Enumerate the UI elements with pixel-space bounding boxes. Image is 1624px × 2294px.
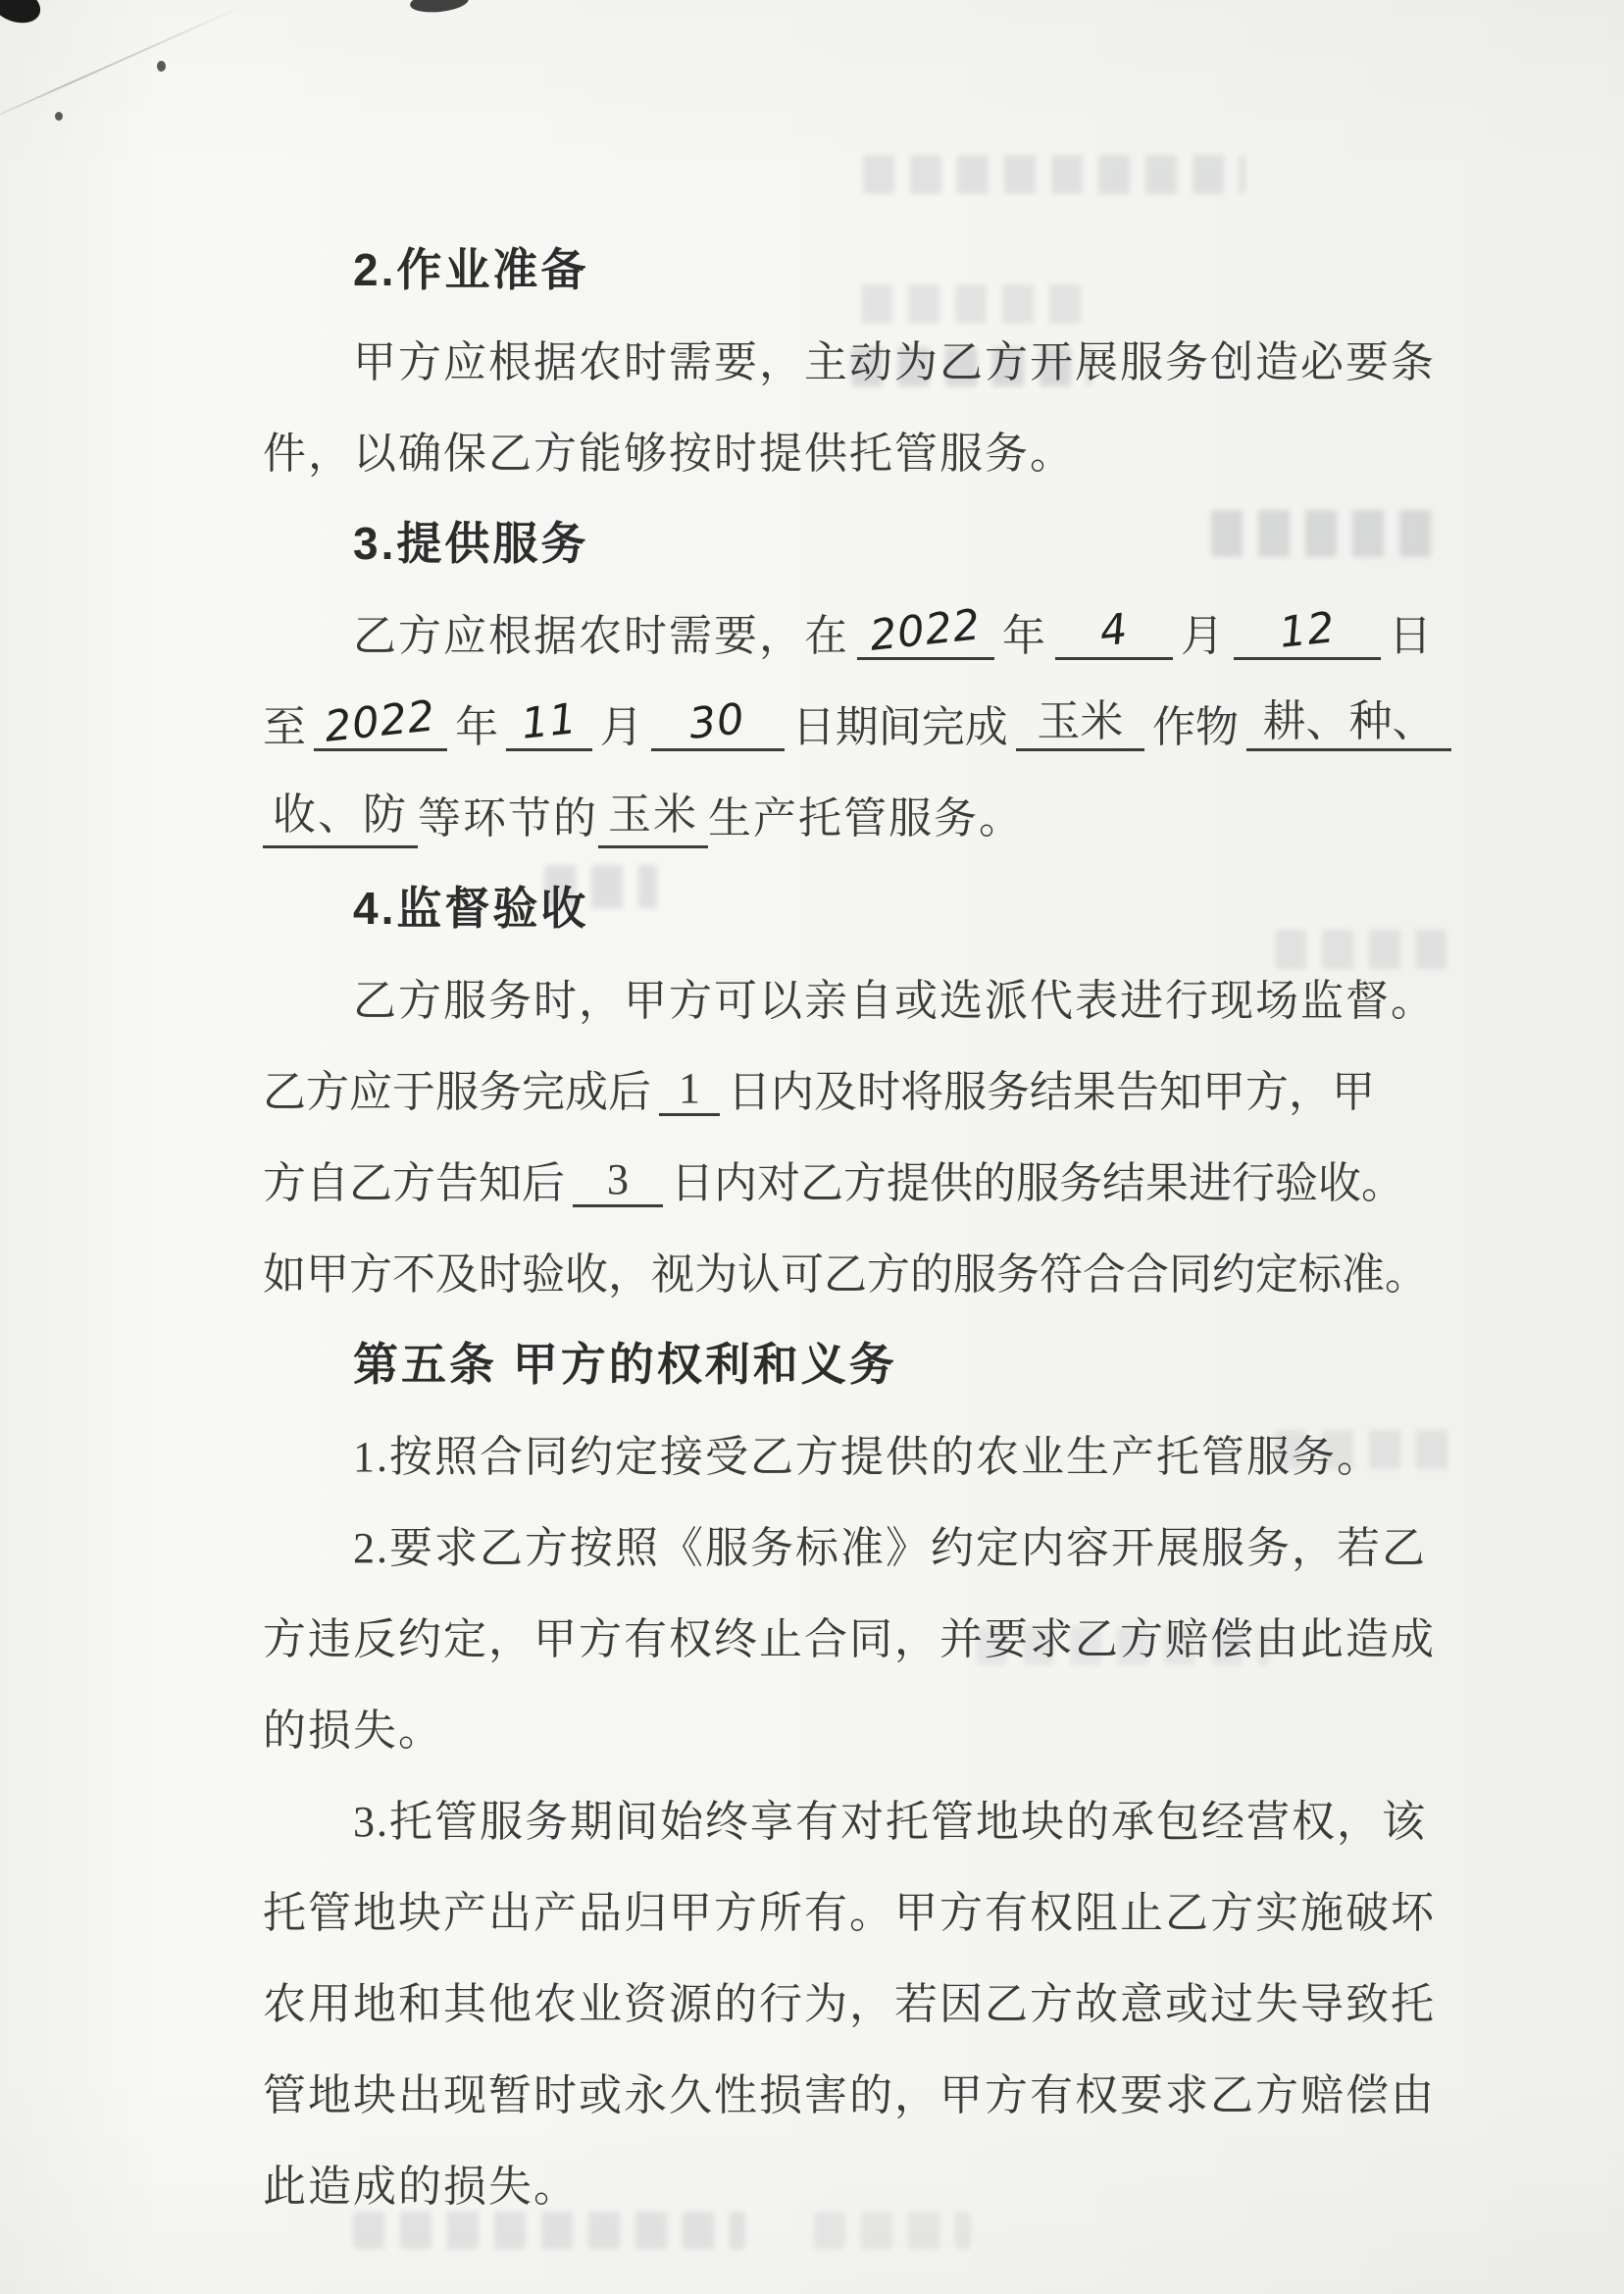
article5-item-3-line: 管地块出现暂时或永久性损害的，甲方有权要求乙方赔偿由 [263,2045,1459,2136]
article5-item-2-line: 2.要求乙方按照《服务标准》约定内容开展服务，若乙 [263,1498,1459,1589]
handwritten-end-day: 30 [687,694,748,749]
service-start-date-line: 乙方应根据农时需要，在 2022 年 4 月 12 日 [263,586,1459,677]
acceptance-days-line: 方自乙方告知后 3 日内对乙方提供的服务结果进行验收。 [263,1133,1459,1224]
service-tail-line: 收、防 等环节的 玉米 生产托管服务。 [263,768,1459,859]
scan-ink-blot-corner [0,0,45,29]
scan-speck [157,61,166,72]
acceptance-days-fill: 3 [607,1154,629,1204]
end-month-blank: 11 [506,694,592,751]
heading-text: 2.作业准备 [353,234,588,299]
heading-work-preparation: 2.作业准备 [263,221,1459,312]
heading-text: 4.监督验收 [353,873,588,938]
paragraph-line: 如甲方不及时验收，视为认可乙方的服务符合合同约定标准。 [263,1224,1459,1315]
article5-item-2-line: 的损失。 [263,1680,1459,1771]
article5-item-3-line: 农用地和其他农业资源的行为，若因乙方故意或过失导致托 [263,1954,1459,2045]
article5-item-3-line: 3.托管服务期间始终享有对托管地块的承包经营权，该 [263,1771,1459,1862]
crop-blank: 玉米 [1016,694,1144,751]
article5-item-3-line: 此造成的损失。 [263,2136,1459,2227]
handwritten-start-year: 2022 [868,600,984,661]
scan-ink-blot-top [409,0,470,15]
start-month-blank: 4 [1055,603,1173,660]
end-day-blank: 30 [651,694,785,751]
article5-item-2-line: 方违反约定，甲方有权终止合同，并要求乙方赔偿由此造成 [263,1589,1459,1680]
paragraph-line: 甲方应根据农时需要，主动为乙方开展服务创造必要条 [263,312,1459,403]
handwritten-start-day: 12 [1277,603,1338,658]
handwritten-start-month: 4 [1097,604,1130,656]
handwritten-end-month: 11 [519,694,580,749]
heading-provide-service: 3.提供服务 [263,494,1459,586]
stages-fill-2: 收、防 [263,779,418,848]
paragraph-line: 乙方服务时，甲方可以亲自或选派代表进行现场监督。 [263,950,1459,1042]
start-day-blank: 12 [1234,603,1381,660]
crop-fill-2: 玉米 [598,779,708,848]
scanned-contract-page: 2.作业准备 甲方应根据农时需要，主动为乙方开展服务创造必要条 件，以确保乙方能… [0,0,1624,2294]
start-year-blank: 2022 [857,603,994,660]
heading-text: 第五条 甲方的权利和义务 [353,1329,897,1394]
handwritten-end-year: 2022 [323,691,438,752]
crop-fill: 玉米 [1037,686,1123,748]
service-end-date-line: 至 2022 年 11 月 30 日期间完成 玉米 作物 耕、种、 [263,677,1459,768]
stages-fill: 耕、种、 [1262,686,1435,748]
end-year-blank: 2022 [314,694,447,751]
stages-blank: 耕、种、 [1246,694,1451,751]
article5-item-1: 1.按照合同约定接受乙方提供的农业生产托管服务。 [263,1406,1459,1498]
notify-days-line: 乙方应于服务完成后 1 日内及时将服务结果告知甲方，甲 [263,1042,1459,1133]
bleed-through-artifact [863,155,1245,194]
paragraph-line: 件，以确保乙方能够按时提供托管服务。 [263,403,1459,494]
heading-supervision-acceptance: 4.监督验收 [263,859,1459,950]
scan-speck [55,112,63,121]
paper-crease [0,2,251,127]
heading-text: 3.提供服务 [353,508,588,573]
article5-item-3-line: 托管地块产出产品归甲方所有。甲方有权阻止乙方实施破坏 [263,1862,1459,1954]
contract-text-block: 2.作业准备 甲方应根据农时需要，主动为乙方开展服务创造必要条 件，以确保乙方能… [263,221,1459,2227]
heading-article-5: 第五条 甲方的权利和义务 [263,1315,1459,1406]
acceptance-days-blank: 3 [573,1150,663,1207]
notify-days-blank: 1 [659,1059,720,1116]
notify-days-fill: 1 [679,1063,700,1113]
